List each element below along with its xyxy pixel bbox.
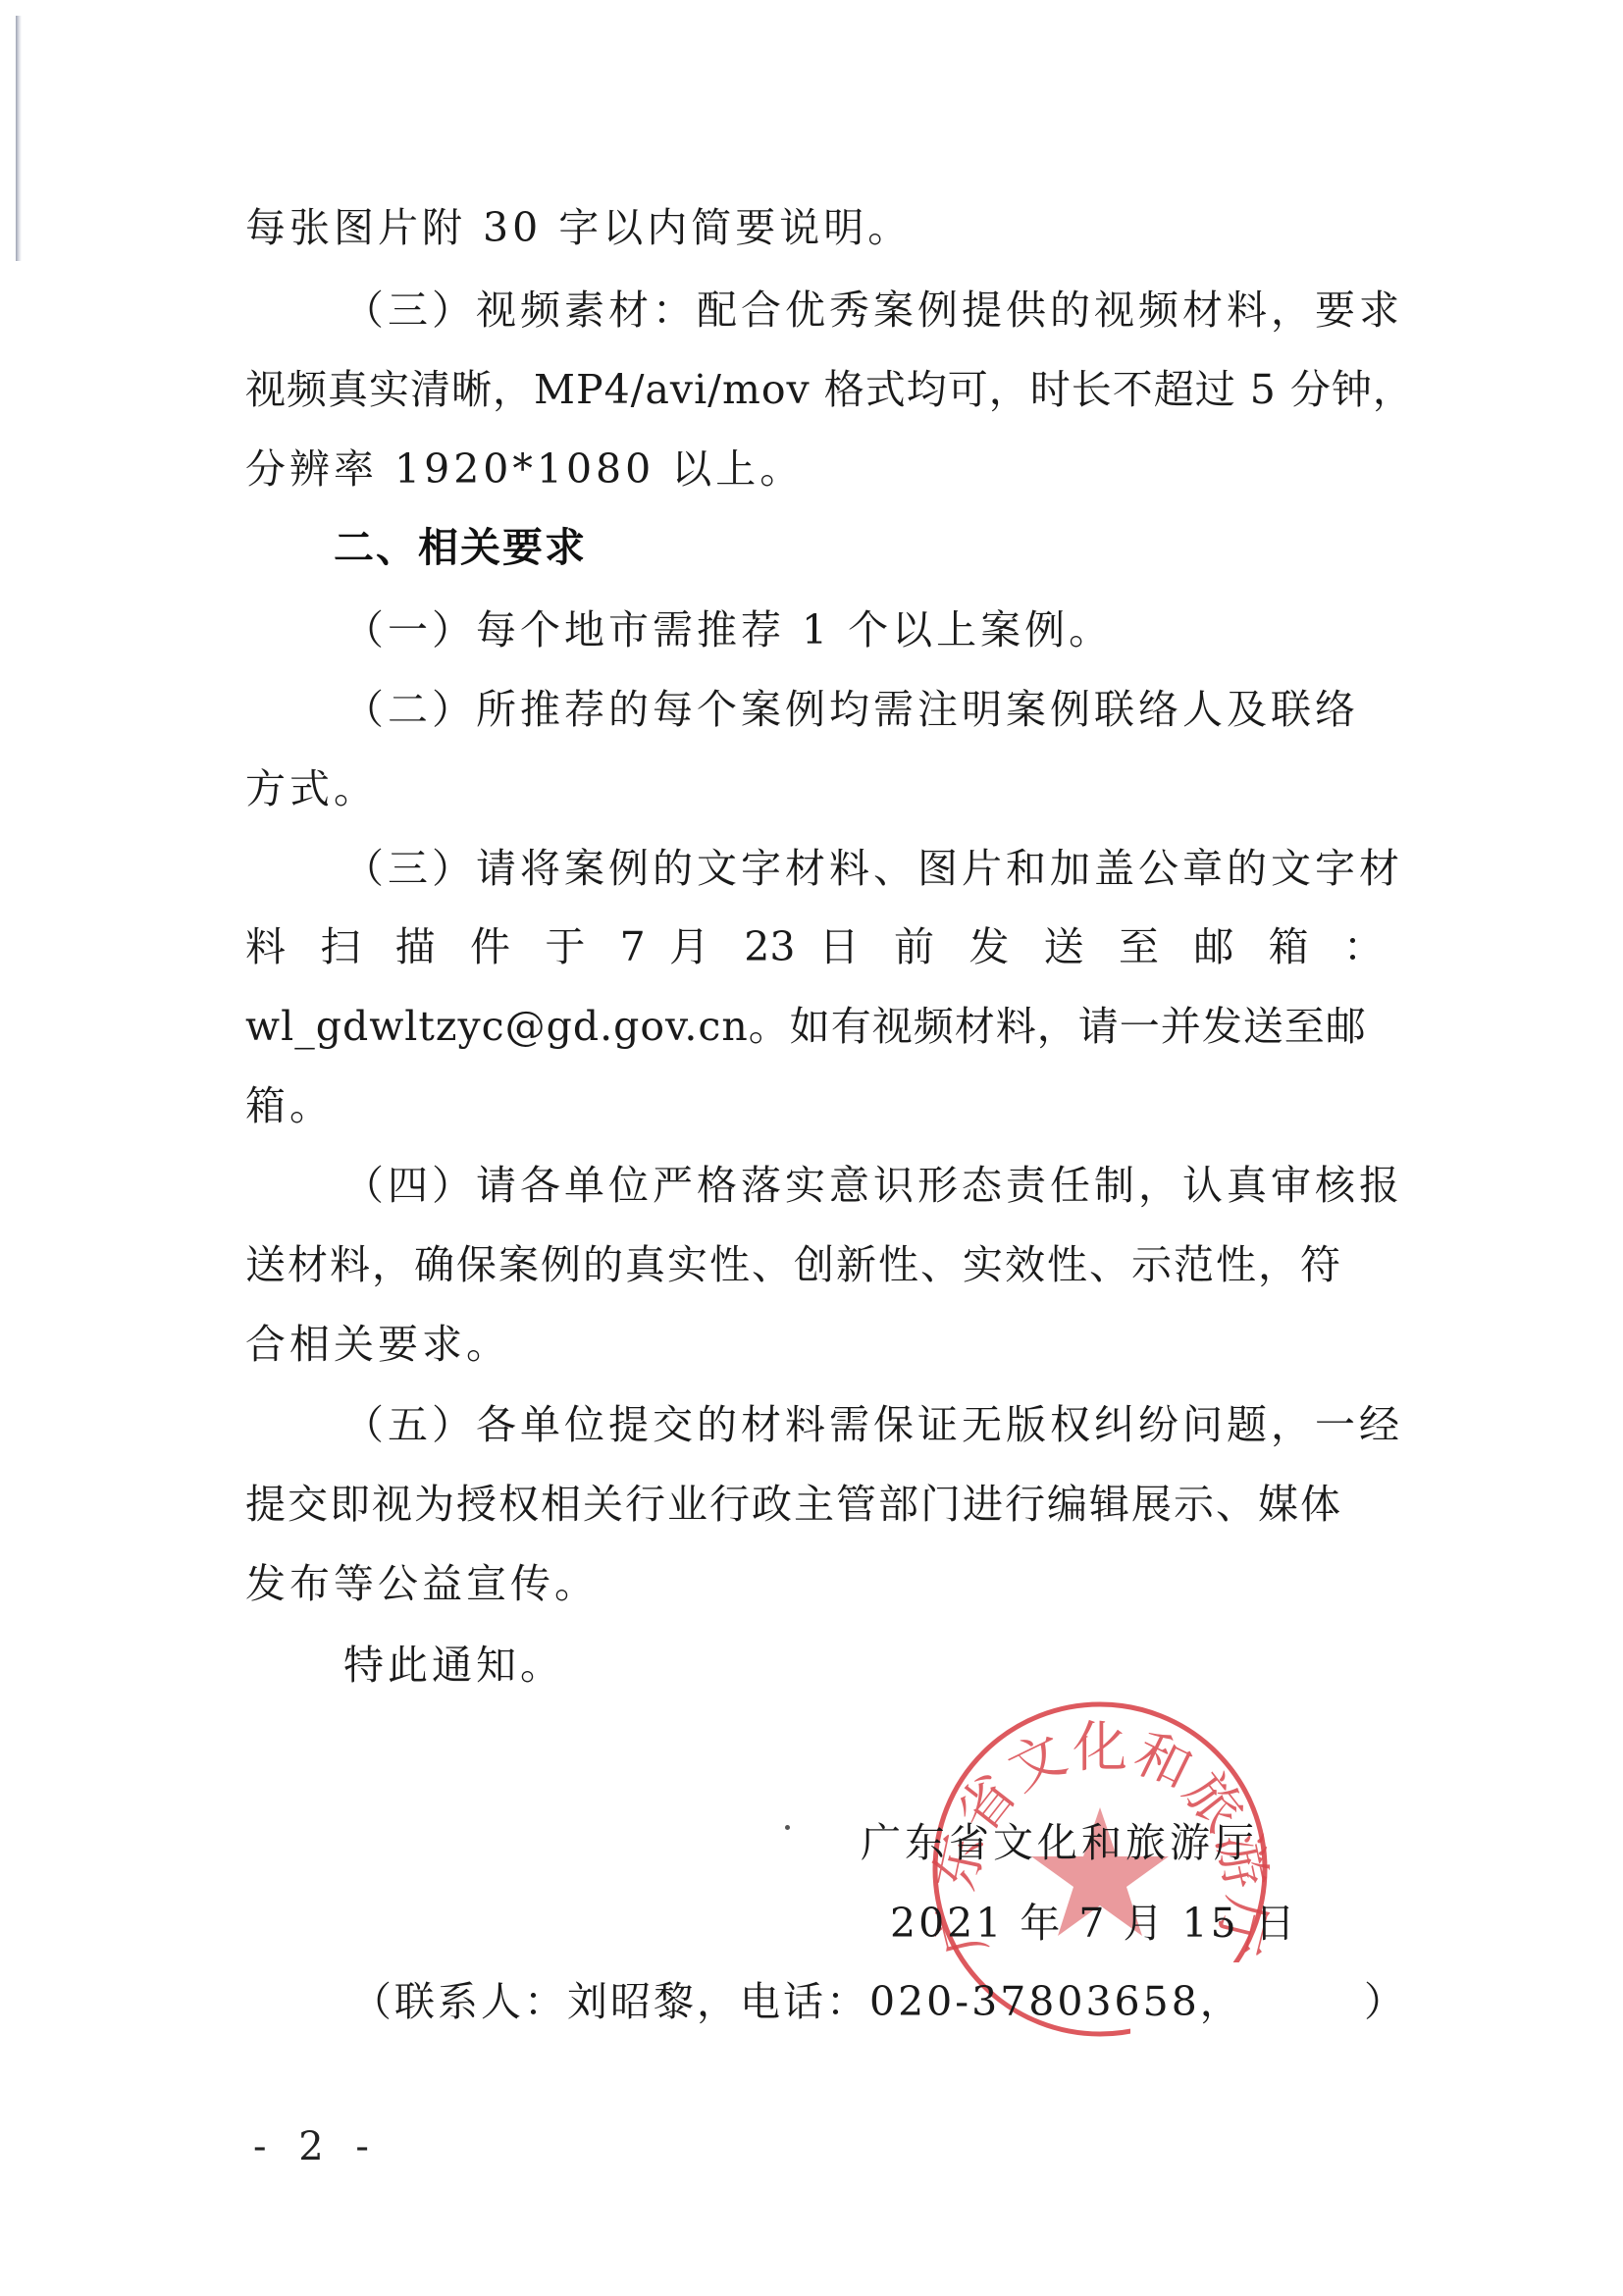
section-heading: 二、相关要求 bbox=[334, 518, 1472, 577]
body-line: 合相关要求。 bbox=[245, 1315, 1384, 1374]
body-line: 每张图片附 30 字以内简要说明。 bbox=[245, 198, 1384, 257]
body-line: 方式。 bbox=[245, 759, 1384, 818]
body-line: （三）请将案例的文字材料、图片和加盖公章的文字材 bbox=[343, 839, 1384, 898]
closing-line: 特此通知。 bbox=[343, 1636, 1384, 1695]
scan-edge-artifact bbox=[16, 16, 22, 261]
document-page: 每张图片附 30 字以内简要说明。 （三）视频素材：配合优秀案例提供的视频材料，… bbox=[0, 0, 1623, 2296]
body-line: 分辨率 1920*1080 以上。 bbox=[245, 440, 1384, 498]
body-line: 提交即视为授权相关行业行政主管部门进行编辑展示、媒体 bbox=[245, 1475, 1384, 1534]
body-line: 视频真实清晰，MP4/avi/mov 格式均可，时长不超过 5 分钟， bbox=[245, 360, 1384, 419]
signature-organization: 广东省文化和旅游厅 bbox=[861, 1813, 1258, 1872]
body-line: （二）所推荐的每个案例均需注明案例联络人及联络 bbox=[343, 680, 1384, 739]
body-line: 送材料，确保案例的真实性、创新性、实效性、示范性，符 bbox=[245, 1235, 1384, 1294]
body-line: （五）各单位提交的材料需保证无版权纠纷问题，一经 bbox=[343, 1395, 1384, 1454]
page-number: - 2 - bbox=[253, 2122, 379, 2171]
signature-date: 2021 年 7 月 15 日 bbox=[890, 1894, 1298, 1953]
body-line: 料 扫 描 件 于 7 月 23 日 前 发 送 至 邮 箱 ： bbox=[245, 917, 1384, 976]
body-line: 箱。 bbox=[245, 1076, 1384, 1135]
email-line: wl_gdwltzyc@gd.gov.cn。如有视频材料，请一并发送至邮 bbox=[245, 997, 1384, 1056]
body-line: （三）视频素材：配合优秀案例提供的视频材料，要求 bbox=[343, 281, 1384, 339]
body-line: （四）请各单位严格落实意识形态责任制，认真审核报 bbox=[343, 1156, 1384, 1215]
body-line: 发布等公益宣传。 bbox=[245, 1554, 1384, 1613]
contact-close-paren: ） bbox=[1364, 1972, 1408, 2031]
contact-info: （联系人：刘昭黎，电话：020-37803658， bbox=[351, 1972, 1243, 2031]
scan-speck bbox=[785, 1825, 790, 1830]
body-line: （一）每个地市需推荐 1 个以上案例。 bbox=[343, 600, 1384, 659]
